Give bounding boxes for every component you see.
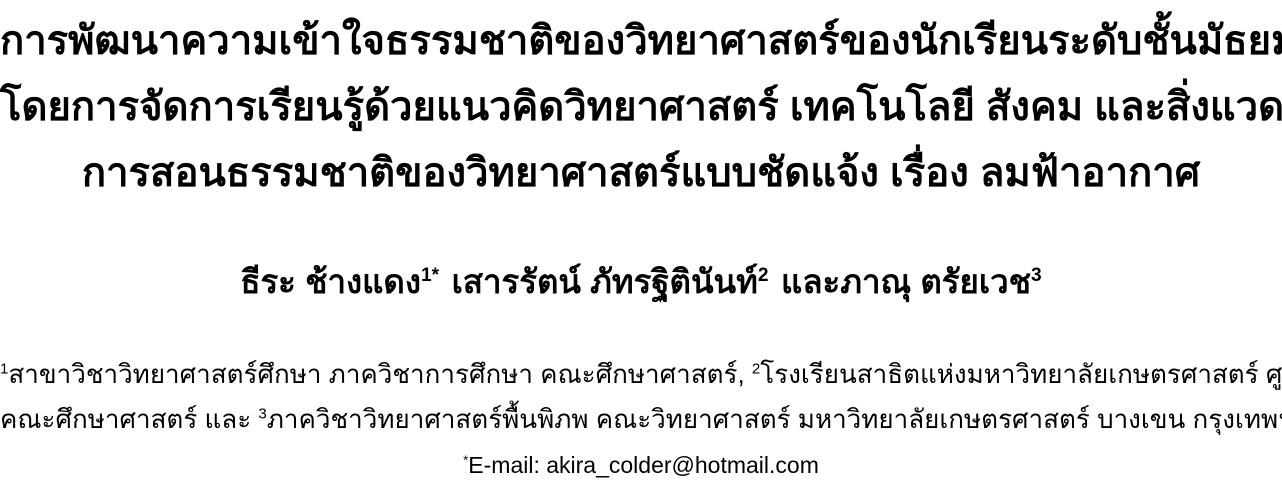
affiliations-block: 1สาขาวิชาวิทยาศาสตร์ศึกษา ภาควิชาการศึกษ… — [0, 352, 1282, 442]
email-line: *E-mail: akira_colder@hotmail.com — [0, 444, 1282, 486]
author-3: และภาณุ ตรัยเวช3 — [781, 263, 1042, 300]
author-1-name: ธีระ ช้างแดง — [240, 263, 421, 300]
author-1-affiliation-marker: 1* — [421, 265, 439, 286]
paper-title-line-3: การสอนธรรมชาติของวิทยาศาสตร์แบบชัดแจ้ง เ… — [0, 140, 1282, 206]
authors-line: ธีระ ช้างแดง1*เสารรัตน์ ภัทรฐิตินันท์2แล… — [0, 252, 1282, 312]
affiliation-2-text: โรงเรียนสาธิตแห่งมหาวิทยาลัยเกษตรศาสตร์ … — [760, 359, 1282, 389]
paper-title-line-1: การพัฒนาความเข้าใจธรรมชาติของวิทยาศาสตร์… — [0, 8, 1282, 74]
paper-title-line-2: โดยการจัดการเรียนรู้ด้วยแนวคิดวิทยาศาสตร… — [0, 74, 1282, 140]
affiliation-line-2: คณะศึกษาศาสตร์ และ 3ภาควิชาวิทยาศาสตร์พื… — [0, 397, 1282, 442]
affiliation-3-text: ภาควิชาวิทยาศาสตร์พื้นพิภพ คณะวิทยาศาสตร… — [267, 404, 1282, 434]
email-text: E-mail: akira_colder@hotmail.com — [468, 452, 819, 478]
author-2-affiliation-marker: 2 — [758, 265, 769, 286]
paper-title-page: การพัฒนาความเข้าใจธรรมชาติของวิทยาศาสตร์… — [0, 0, 1282, 490]
author-3-affiliation-marker: 3 — [1031, 265, 1042, 286]
affiliation-line-1: 1สาขาวิชาวิทยาศาสตร์ศึกษา ภาควิชาการศึกษ… — [0, 352, 1282, 397]
author-3-name: และภาณุ ตรัยเวช — [781, 263, 1031, 300]
affiliation-3-marker: 3 — [258, 405, 266, 422]
author-2-name: เสารรัตน์ ภัทรฐิตินันท์ — [452, 263, 758, 300]
paper-title: การพัฒนาความเข้าใจธรรมชาติของวิทยาศาสตร์… — [0, 0, 1282, 206]
affiliation-2-text-continued: คณะศึกษาศาสตร์ และ — [0, 404, 258, 434]
affiliation-1-text: สาขาวิชาวิทยาศาสตร์ศึกษา ภาควิชาการศึกษา… — [8, 359, 752, 389]
author-2: เสารรัตน์ ภัทรฐิตินันท์2 — [452, 263, 769, 300]
author-1: ธีระ ช้างแดง1* — [240, 263, 439, 300]
